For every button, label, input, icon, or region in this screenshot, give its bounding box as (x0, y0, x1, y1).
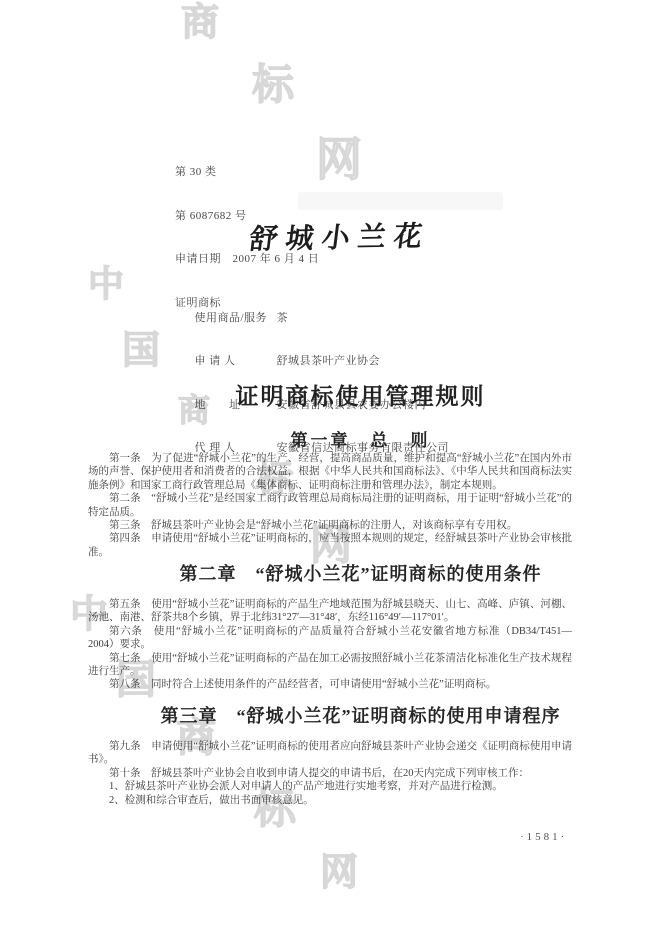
watermark-char: 标 (252, 64, 294, 106)
chapter-1-body: 第一条 为了促进“舒城小兰花”的生产、经营，提高商品质量，维护和提高“舒城小兰花… (88, 452, 572, 559)
article-1: 第一条 为了促进“舒城小兰花”的生产、经营，提高商品质量，维护和提高“舒城小兰花… (88, 452, 572, 492)
watermark-char: 中 (88, 266, 124, 302)
watermark-char: 网 (320, 854, 358, 892)
article-10-item-1: 1、舒城县茶叶产业协会派人对申请人的产品产地进行实地考察，并对产品进行检测。 (88, 780, 572, 793)
article-10: 第十条 舒城县茶叶产业协会自收到申请人提交的申请书后，在20天内完成下列审核工作… (88, 767, 572, 780)
chapter-3-body: 第九条 申请使用“舒城小兰花”证明商标的使用者应向舒城县茶叶产业协会递交《证明商… (88, 740, 572, 807)
watermark-char: 国 (122, 332, 160, 370)
trademark-calligraphy: 舒城小兰花 (247, 214, 432, 257)
class-line: 第 30 类 (175, 165, 319, 180)
article-7: 第七条 使用“舒城小兰花”证明商标的产品在加工必需按照舒城小兰花茶清洁化标准化生… (88, 652, 572, 679)
info-value: 茶 (277, 312, 289, 324)
chapter-2-body: 第五条 使用“舒城小兰花”证明商标的产品生产地域范围为舒城县晓天、山七、高峰、庐… (88, 598, 572, 692)
article-3: 第三条 舒城县茶叶产业协会是“舒城小兰花”证明商标的注册人，对该商标享有专用权。 (88, 519, 572, 532)
article-6: 第六条 使用“舒城小兰花”证明商标的产品质量符合舒城小兰花安徽省地方标准（DB3… (88, 625, 572, 652)
article-4: 第四条 申请使用“舒城小兰花”证明商标的，应当按照本规则的规定，经舒城县茶叶产业… (88, 532, 572, 559)
chapter-3-heading: 第三章 “舒城小兰花”证明商标的使用申请程序 (88, 702, 633, 728)
article-2: 第二条 “舒城小兰花”是经国家工商行政管理总局商标局注册的证明商标，用于证明“舒… (88, 492, 572, 519)
article-9: 第九条 申请使用“舒城小兰花”证明商标的使用者应向舒城县茶叶产业协会递交《证明商… (88, 740, 572, 767)
article-5: 第五条 使用“舒城小兰花”证明商标的产品生产地域范围为舒城县晓天、山七、高峰、庐… (88, 598, 572, 625)
info-value: 舒城县茶叶产业协会 (277, 355, 381, 367)
info-row-goods: 使用商品/服务茶 (175, 296, 449, 340)
watermark-char: 商 (181, 4, 219, 42)
info-label: 申 请 人 (195, 354, 277, 369)
chapter-2-heading: 第二章 “舒城小兰花”证明商标的使用条件 (88, 560, 633, 586)
page-number: ·1581· (520, 831, 567, 843)
info-row-applicant: 申 请 人舒城县茶叶产业协会 (175, 340, 449, 384)
document-title: 证明商标使用管理规则 (88, 378, 633, 411)
chapter-1-heading: 第一章 总 则 (88, 426, 633, 451)
article-8: 第八条 同时符合上述使用条件的产品经营者，可申请使用“舒城小兰花”证明商标。 (88, 678, 572, 691)
scanned-document-page: 商标网中国商标网中国商标网 第 30 类 第 6087682 号 申请日期 20… (0, 0, 660, 943)
watermark-char: 网 (316, 136, 362, 182)
info-label: 使用商品/服务 (195, 311, 277, 326)
article-10-item-2: 2、检测和综合审查后，做出书面审核意见。 (88, 794, 572, 807)
scan-artifact (298, 192, 503, 210)
